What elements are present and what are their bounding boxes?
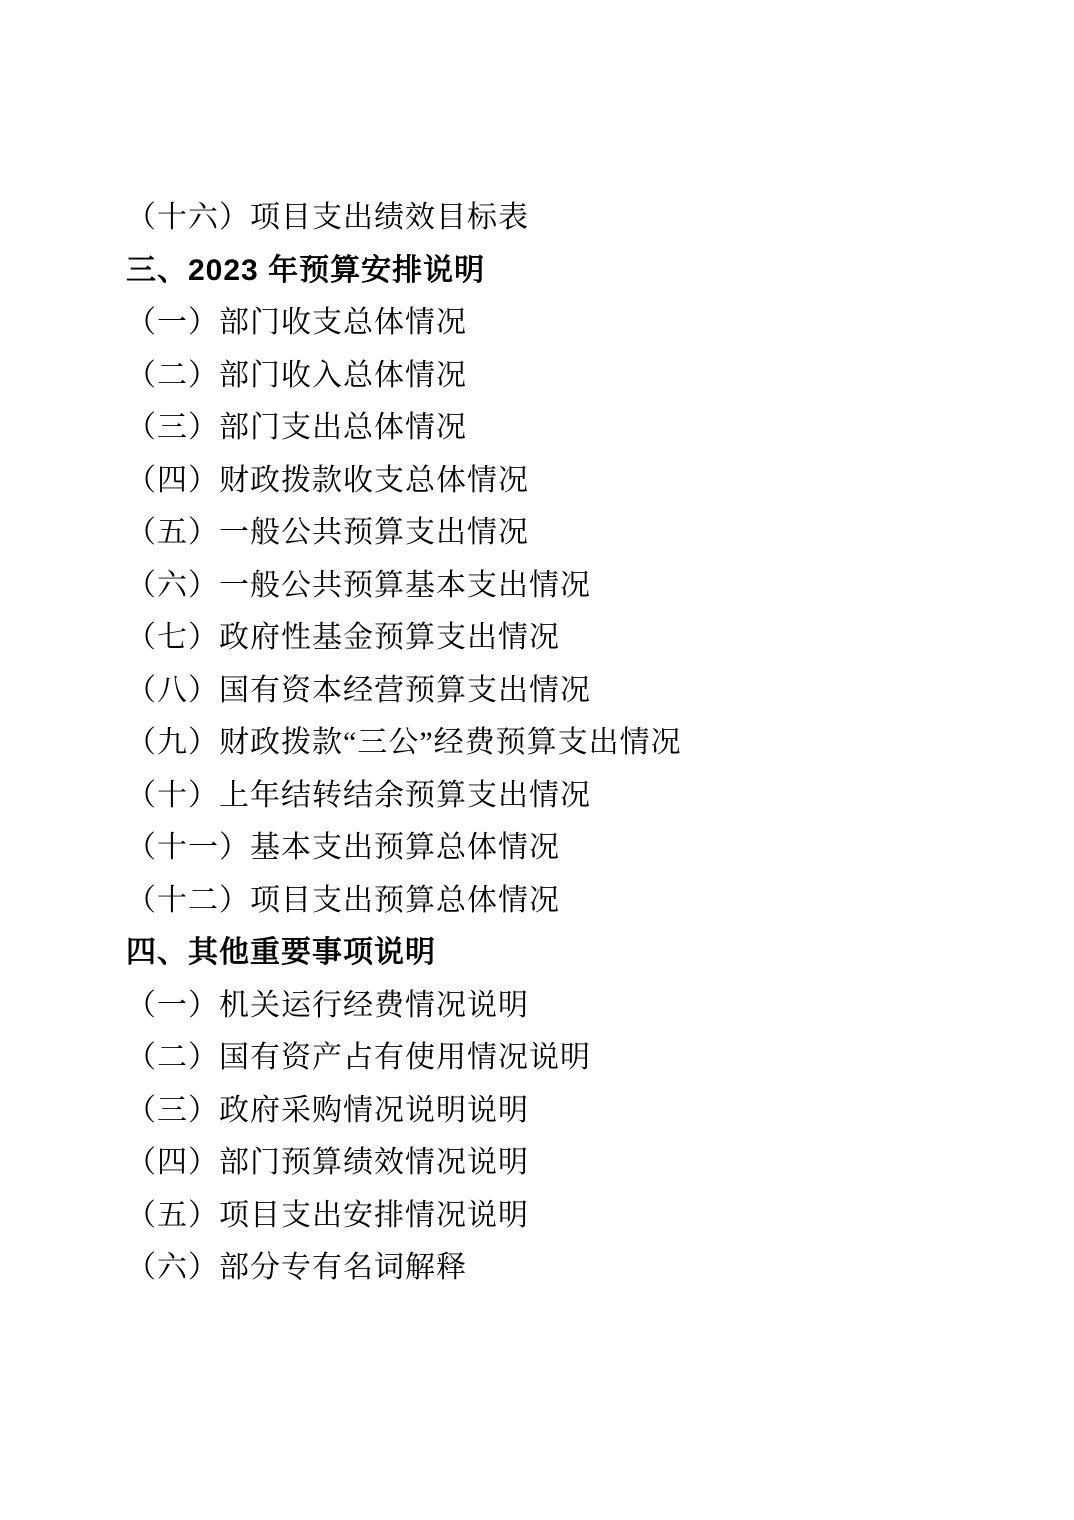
toc-item: （五）一般公共预算支出情况 <box>126 507 1044 560</box>
section-heading-3: 三、2023 年预算安排说明 <box>126 245 1044 298</box>
toc-item: （十六）项目支出绩效目标表 <box>126 192 1044 245</box>
toc-item: （五）项目支出安排情况说明 <box>126 1190 1044 1243</box>
toc-item: （三）部门支出总体情况 <box>126 402 1044 455</box>
toc-item: （九）财政拨款“三公”经费预算支出情况 <box>126 717 1044 770</box>
toc-item: （四）财政拨款收支总体情况 <box>126 455 1044 508</box>
toc-item: （八）国有资本经营预算支出情况 <box>126 665 1044 718</box>
toc-item: （一）机关运行经费情况说明 <box>126 980 1044 1033</box>
toc-item: （二）部门收入总体情况 <box>126 350 1044 403</box>
section-heading-4: 四、其他重要事项说明 <box>126 927 1044 980</box>
toc-item: （二）国有资产占有使用情况说明 <box>126 1032 1044 1085</box>
toc-item: （十一）基本支出预算总体情况 <box>126 822 1044 875</box>
toc-item: （六）部分专有名词解释 <box>126 1242 1044 1295</box>
toc-item: （四）部门预算绩效情况说明 <box>126 1137 1044 1190</box>
toc-item: （六）一般公共预算基本支出情况 <box>126 560 1044 613</box>
toc-item: （一）部门收支总体情况 <box>126 297 1044 350</box>
toc-item: （十）上年结转结余预算支出情况 <box>126 770 1044 823</box>
document-page: （十六）项目支出绩效目标表 三、2023 年预算安排说明 （一）部门收支总体情况… <box>0 0 1074 1520</box>
toc-item: （三）政府采购情况说明说明 <box>126 1085 1044 1138</box>
toc-item: （七）政府性基金预算支出情况 <box>126 612 1044 665</box>
table-of-contents: （十六）项目支出绩效目标表 三、2023 年预算安排说明 （一）部门收支总体情况… <box>126 192 1044 1295</box>
toc-item: （十二）项目支出预算总体情况 <box>126 875 1044 928</box>
